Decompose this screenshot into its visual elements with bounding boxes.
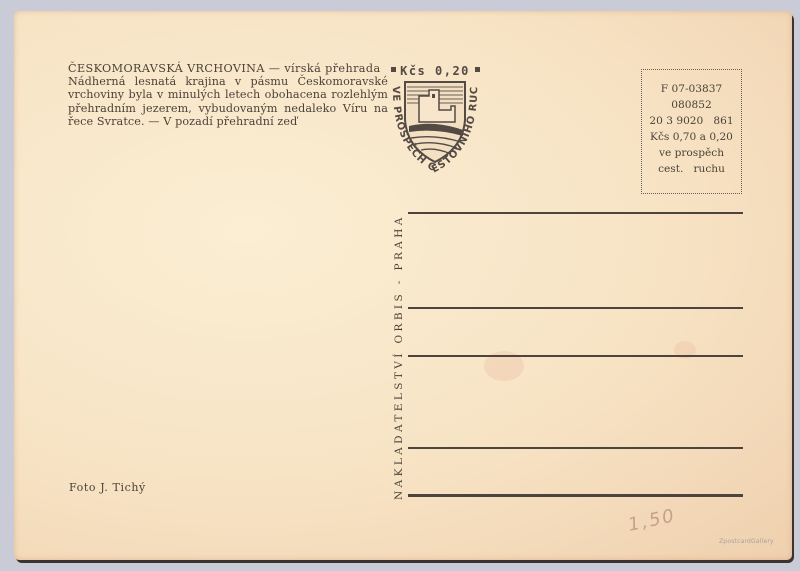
code-line: 20 3 9020 861 [642, 113, 741, 129]
address-line[interactable] [408, 212, 743, 214]
printed-stamp: Kčs 0,20 VE PROSPĚCH CESTOVNÍHO RUCHU [383, 60, 487, 185]
code-line: Kčs 0,70 a 0,20 [642, 129, 741, 145]
address-line[interactable] [408, 494, 743, 497]
castle-shield-icon: Kčs 0,20 VE PROSPĚCH CESTOVNÍHO RUCHU [383, 60, 487, 185]
address-line[interactable] [408, 447, 743, 449]
code-line: ve prospěch [642, 145, 741, 161]
code-line: F 07-03837 [642, 81, 741, 97]
address-line[interactable] [408, 307, 743, 309]
stamp-box: F 07-03837 080852 20 3 9020 861 Kčs 0,70… [641, 69, 742, 194]
photo-credit: Foto J. Tichý [69, 481, 146, 494]
address-line[interactable] [408, 355, 743, 357]
svg-text:Kčs 0,20: Kčs 0,20 [400, 64, 470, 78]
watermark: ZpostcardGallery [719, 538, 774, 545]
code-line: cest. ruchu [642, 161, 741, 177]
caption-body: Nádherná lesnatá krajina v pásmu Českomo… [68, 75, 388, 128]
publisher-imprint: NAKLADATELSTVÍ ORBIS - PRAHA [393, 214, 405, 500]
caption-block: ČESKOMORAVSKÁ VRCHOVINA — vírská přehrad… [68, 62, 388, 128]
code-line: 080852 [642, 97, 741, 113]
caption-title: ČESKOMORAVSKÁ VRCHOVINA — vírská přehrad… [68, 62, 388, 75]
